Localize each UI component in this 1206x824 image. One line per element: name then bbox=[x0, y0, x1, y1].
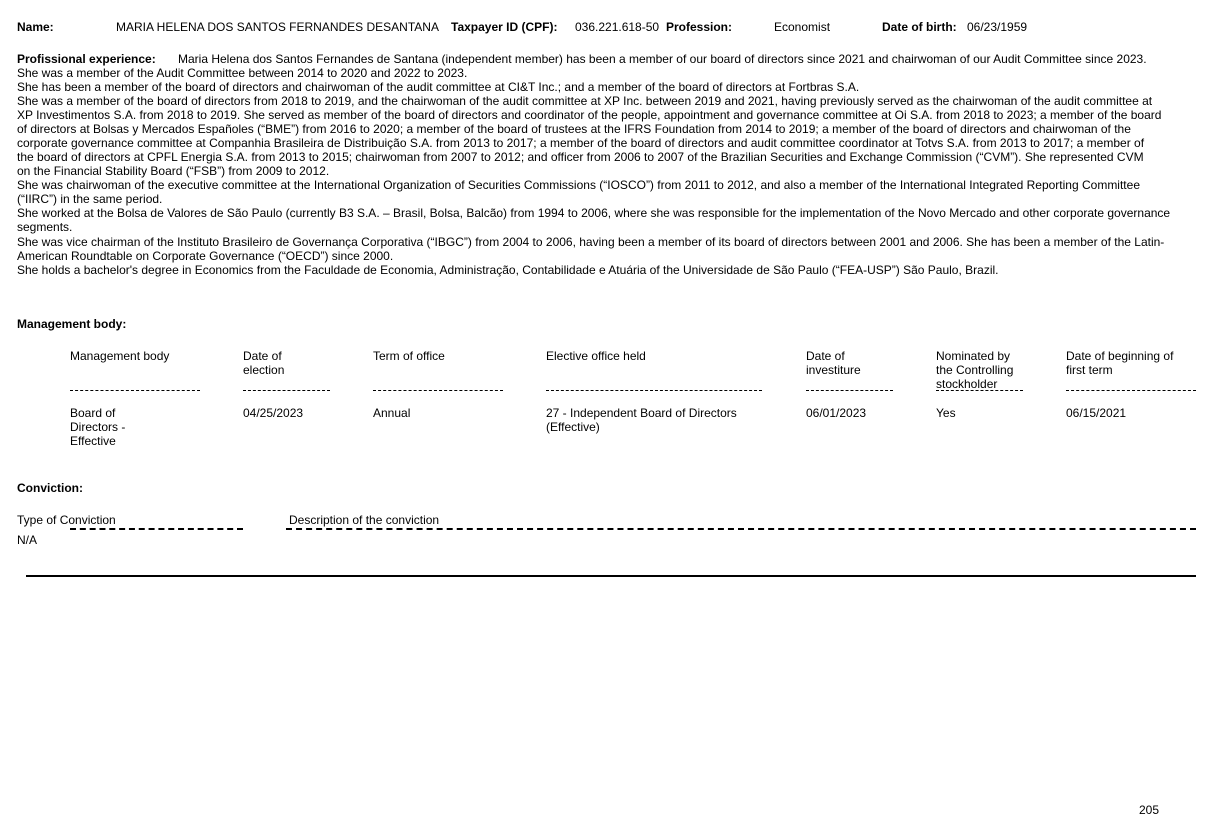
name-label: Name: bbox=[17, 20, 54, 34]
experience-line: She was vice chairman of the Instituto B… bbox=[17, 235, 1180, 249]
taxpayer-value: 036.221.618-50 bbox=[575, 20, 659, 34]
name-value: MARIA HELENA DOS SANTOS FERNANDES DESANT… bbox=[116, 20, 439, 34]
management-label: Management body: bbox=[17, 317, 126, 331]
cell-office: 27 - Independent Board of Directors (Eff… bbox=[546, 406, 756, 434]
divider bbox=[70, 528, 243, 530]
column-header: Elective office held bbox=[546, 349, 746, 363]
experience-line: (“IIRC”) in the same period. bbox=[17, 192, 1180, 206]
taxpayer-label: Taxpayer ID (CPF): bbox=[451, 20, 557, 34]
divider bbox=[1066, 390, 1196, 391]
divider bbox=[243, 390, 330, 391]
experience-line: XP Investimentos S.A. from 2018 to 2019.… bbox=[17, 108, 1180, 122]
experience-line: She was a member of the Audit Committee … bbox=[17, 66, 1180, 80]
experience-line: segments. bbox=[17, 220, 1180, 234]
cell-term: Annual bbox=[373, 406, 410, 420]
column-header: Date of investiture bbox=[806, 349, 886, 377]
experience-label: Profissional experience: bbox=[17, 52, 156, 66]
divider bbox=[70, 390, 200, 391]
experience-line: She was chairwoman of the executive comm… bbox=[17, 178, 1180, 192]
column-header: Date of beginning of first term bbox=[1066, 349, 1176, 377]
profession-value: Economist bbox=[774, 20, 830, 34]
profession-label: Profession: bbox=[666, 20, 732, 34]
dob-label: Date of birth: bbox=[882, 20, 957, 34]
cell-nominated: Yes bbox=[936, 406, 956, 420]
experience-line: American Roundtable on Corporate Governa… bbox=[17, 249, 1180, 263]
column-header: Term of office bbox=[373, 349, 493, 363]
experience-line: She was a member of the board of directo… bbox=[17, 94, 1180, 108]
experience-line: of directors at Bolsas y Mercados Españo… bbox=[17, 122, 1180, 136]
experience-line: She holds a bachelor's degree in Economi… bbox=[17, 263, 1180, 277]
column-header: Management body bbox=[70, 349, 180, 363]
conviction-type-header: Type of Conviction bbox=[17, 513, 116, 527]
experience-line: corporate governance committee at Compan… bbox=[17, 136, 1180, 150]
divider bbox=[546, 390, 762, 391]
cell-body: Board of Directors - Effective bbox=[70, 406, 140, 448]
conviction-label: Conviction: bbox=[17, 481, 83, 495]
experience-line: Maria Helena dos Santos Fernandes de San… bbox=[178, 52, 1179, 66]
divider bbox=[373, 390, 503, 391]
cell-election-date: 04/25/2023 bbox=[243, 406, 303, 420]
cell-first-term-date: 06/15/2021 bbox=[1066, 406, 1126, 420]
experience-line: She has been a member of the board of di… bbox=[17, 80, 1180, 94]
section-rule bbox=[26, 575, 1196, 577]
page-number: 205 bbox=[1139, 803, 1159, 817]
dob-value: 06/23/1959 bbox=[967, 20, 1027, 34]
divider bbox=[286, 528, 1196, 530]
column-header: Date of election bbox=[243, 349, 313, 377]
experience-line: She worked at the Bolsa de Valores de Sã… bbox=[17, 206, 1180, 220]
divider bbox=[936, 390, 1023, 391]
experience-line: the board of directors at CPFL Energia S… bbox=[17, 150, 1180, 164]
divider bbox=[806, 390, 893, 391]
column-header: Nominated by the Controlling stockholder bbox=[936, 349, 1026, 391]
experience-line: on the Financial Stability Board (“FSB”)… bbox=[17, 164, 1180, 178]
conviction-type-value: N/A bbox=[17, 533, 37, 547]
cell-investiture-date: 06/01/2023 bbox=[806, 406, 866, 420]
conviction-description-header: Description of the conviction bbox=[289, 513, 439, 527]
